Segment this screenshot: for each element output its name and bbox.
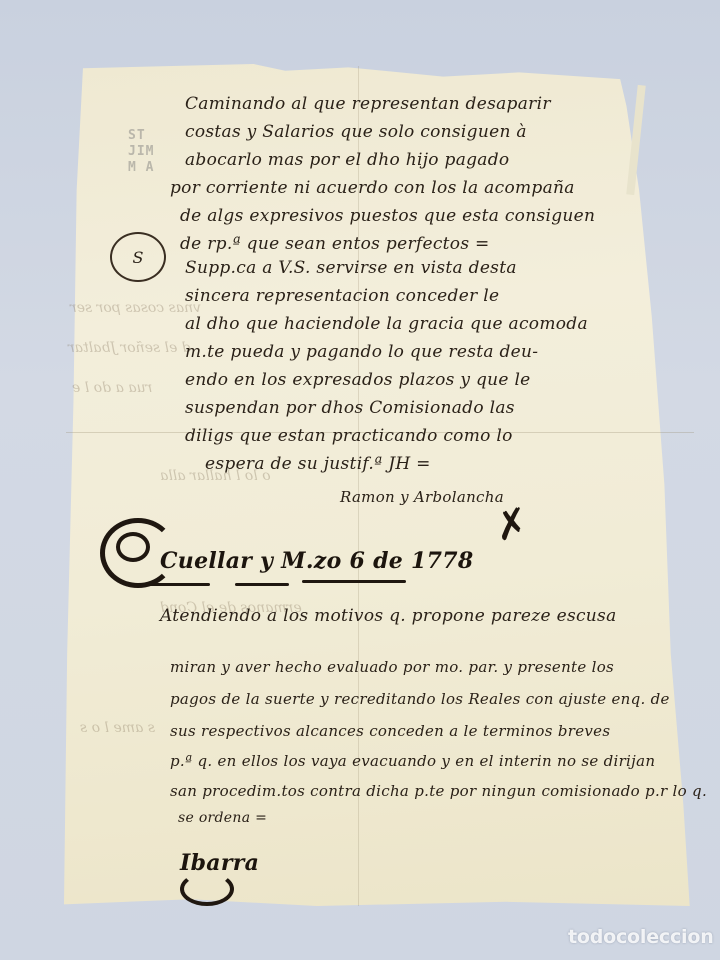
manuscript-line: espera de su justif.ª JH = — [205, 454, 431, 474]
manuscript-line: de rp.ª que sean entos perfectos = — [180, 234, 490, 254]
decree-heading: Cuellar y M.zo 6 de 1778 — [160, 548, 473, 574]
signature-ibarra: Ibarra — [180, 850, 259, 876]
todocoleccion-watermark: todocoleccion — [568, 926, 714, 948]
bleed-through-text: rua a do l e — [72, 380, 152, 396]
manuscript-line: abocarlo mas por el dho hijo pagado — [185, 150, 509, 170]
manuscript-line: Caminando al que representan desaparir — [185, 94, 551, 114]
manuscript-line: por corriente ni acuerdo con los la acom… — [170, 178, 575, 198]
manuscript-line: se ordena = — [178, 810, 267, 826]
heading-underline — [140, 583, 210, 586]
signature-arbolancha: Ramon y Arbolancha — [340, 488, 504, 506]
capital-c-loop — [116, 532, 150, 562]
manuscript-line: san procedim.tos contra dicha p.te por n… — [170, 782, 707, 800]
bleed-through-text: s ame l o s — [80, 720, 155, 736]
heading-underline — [302, 580, 406, 583]
signature-flourish — [180, 872, 234, 906]
rubric-seal: S — [110, 232, 166, 282]
manuscript-line: p.ª q. en ellos los vaya evacuando y en … — [170, 752, 655, 770]
bleed-through-text: d el señor Jbaltar — [68, 340, 191, 356]
bleed-through-stamp: ST JIM M A — [128, 128, 172, 176]
manuscript-line: de algs expresivos puestos que esta cons… — [180, 206, 595, 226]
stamp-line: M A — [128, 160, 172, 176]
manuscript-line: m.te pueda y pagando lo que resta deu- — [185, 342, 538, 362]
manuscript-line: suspendan por dhos Comisionado las — [185, 398, 515, 418]
manuscript-line: sus respectivos alcances conceden a le t… — [170, 722, 610, 740]
manuscript-line: diligs que estan practicando como lo — [185, 426, 513, 446]
manuscript-line: miran y aver hecho evaluado por mo. par.… — [170, 658, 614, 676]
heading-underline — [235, 583, 289, 586]
stamp-line: ST — [128, 128, 172, 144]
bleed-through-text: vnas cosas por ser — [70, 300, 201, 316]
manuscript-line: pagos de la suerte y recreditando los Re… — [170, 690, 670, 708]
manuscript-line: costas y Salarios que solo consiguen à — [185, 122, 527, 142]
manuscript-line: Atendiendo a los motivos q. propone pare… — [160, 606, 617, 626]
stamp-line: JIM — [128, 144, 172, 160]
manuscript-line: al dho que haciendole la gracia que acom… — [185, 314, 588, 334]
seal-letter: S — [133, 248, 144, 267]
manuscript-line: sincera representacion conceder le — [185, 286, 499, 306]
manuscript-line: endo en los expresados plazos y que le — [185, 370, 531, 390]
manuscript-line: Supp.ca a V.S. servirse en vista desta — [185, 258, 517, 278]
